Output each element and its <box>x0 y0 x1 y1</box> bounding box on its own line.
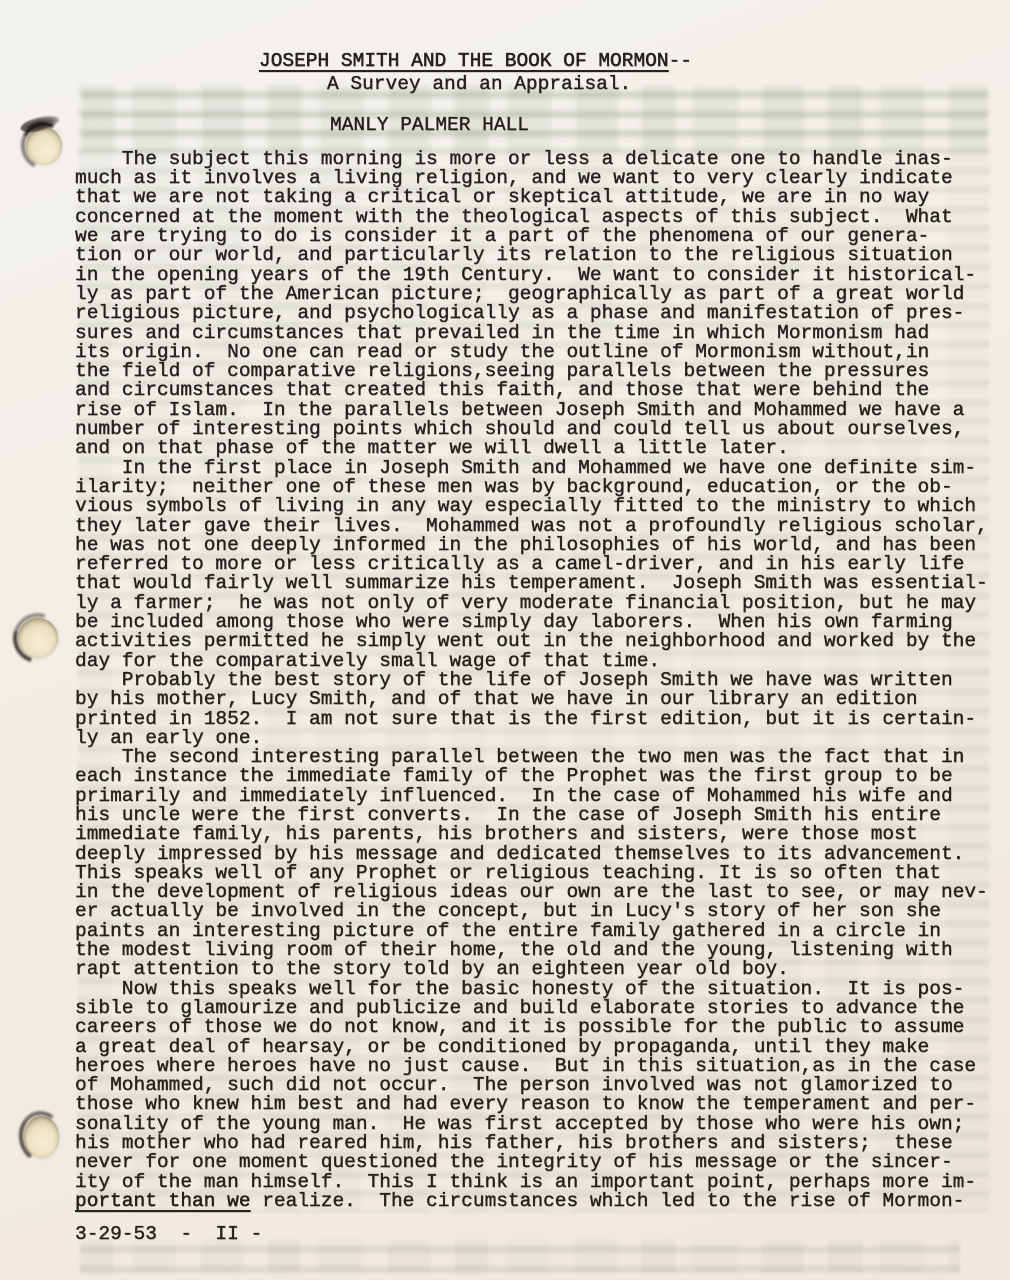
document-subtitle: A Survey and an Appraisal. <box>327 75 1010 94</box>
document-title: JOSEPH SMITH AND THE BOOK OF MORMON-- <box>259 52 1010 71</box>
paragraph-5: Now this speaks well for the basic hones… <box>75 980 1010 1212</box>
scanned-typescript-page: JOSEPH SMITH AND THE BOOK OF MORMON-- A … <box>0 0 1010 1280</box>
hole-punch-bottom <box>24 1116 59 1158</box>
paragraph-5-tail: realize. The circumstances which led to … <box>251 1190 965 1212</box>
paragraph-2: In the first place in Joseph Smith and M… <box>75 459 1010 671</box>
hole-punch-top <box>26 127 62 165</box>
title-underlined-text: JOSEPH SMITH AND THE BOOK OF MORMON <box>259 50 669 72</box>
lecture-body: The subject this morning is more or less… <box>75 150 1010 1211</box>
typed-content: JOSEPH SMITH AND THE BOOK OF MORMON-- A … <box>75 52 1010 1245</box>
bleed-through-text-bottom <box>80 1240 960 1274</box>
underlined-phrase: portant than we <box>75 1190 251 1212</box>
paragraph-3: Probably the best story of the life of J… <box>75 671 1010 748</box>
title-dashes: -- <box>669 50 692 72</box>
paragraph-4: The second interesting parallel between … <box>75 748 1010 980</box>
hole-punch-middle <box>18 618 58 658</box>
paragraph-1: The subject this morning is more or less… <box>75 150 1010 459</box>
paragraph-5-lead: Now this speaks well for the basic hones… <box>75 978 976 1193</box>
date-page-footer: 3-29-53 - II - <box>75 1225 1010 1244</box>
author-byline: MANLY PALMER HALL <box>330 116 1010 135</box>
